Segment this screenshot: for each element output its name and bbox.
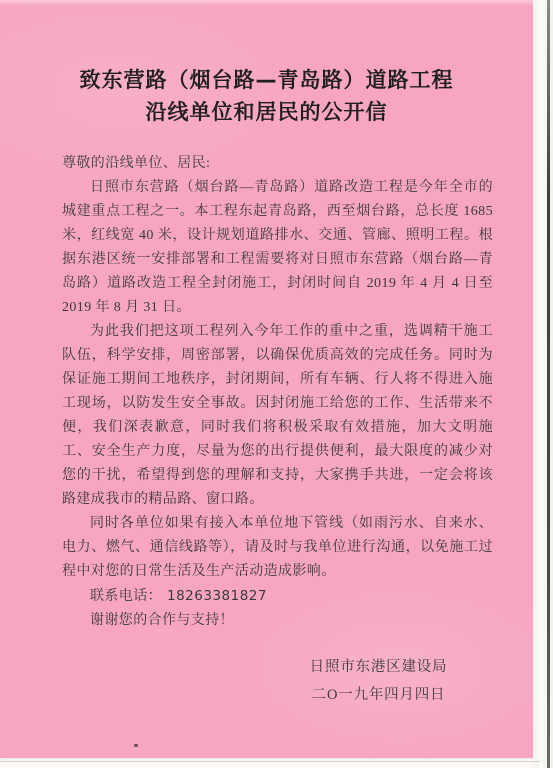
scanner-margin <box>533 0 553 768</box>
signature-date: 二O一九年四月四日 <box>286 681 471 709</box>
contact-label: 联系电话： <box>90 589 162 604</box>
ink-speck <box>134 744 138 747</box>
thanks-line: 谢谢您的合作与支持！ <box>62 609 493 633</box>
signature-block: 日照市东港区建设局 二O一九年四月四日 <box>286 653 471 709</box>
signature-organization: 日照市东港区建设局 <box>286 653 471 681</box>
contact-phone-number: 18263381827 <box>167 588 267 604</box>
salutation-line: 尊敬的沿线单位、居民: <box>62 152 493 176</box>
scanner-edge-line <box>547 0 550 768</box>
letter-title: 致东营路（烟台路—青岛路）道路工程 沿线单位和居民的公开信 <box>0 0 533 128</box>
letter-title-line2: 沿线单位和居民的公开信 <box>0 96 533 128</box>
scanner-bottom-line <box>0 761 540 762</box>
pink-letter-paper: 致东营路（烟台路—青岛路）道路工程 沿线单位和居民的公开信 尊敬的沿线单位、居民… <box>0 0 533 758</box>
letter-body: 尊敬的沿线单位、居民: 日照市东营路（烟台路—青岛路）道路改造工程是今年全市的城… <box>62 152 493 633</box>
contact-line: 联系电话：18263381827 <box>62 584 493 609</box>
scanned-letter-page: { "colors": { "scan_bg": "#fbfaf7", "pap… <box>0 0 553 768</box>
body-paragraph-3: 同时各单位如果有接入本单位地下管线（如雨污水、自来水、电力、燃气、通信线路等），… <box>62 512 493 584</box>
body-paragraph-1: 日照市东营路（烟台路—青岛路）道路改造工程是今年全市的城建重点工程之一。本工程东… <box>62 176 493 320</box>
body-paragraph-2: 为此我们把这项工程列入今年工作的重中之重，选调精干施工队伍，科学安排，周密部署，… <box>62 320 493 512</box>
letter-title-line1: 致东营路（烟台路—青岛路）道路工程 <box>0 64 533 96</box>
